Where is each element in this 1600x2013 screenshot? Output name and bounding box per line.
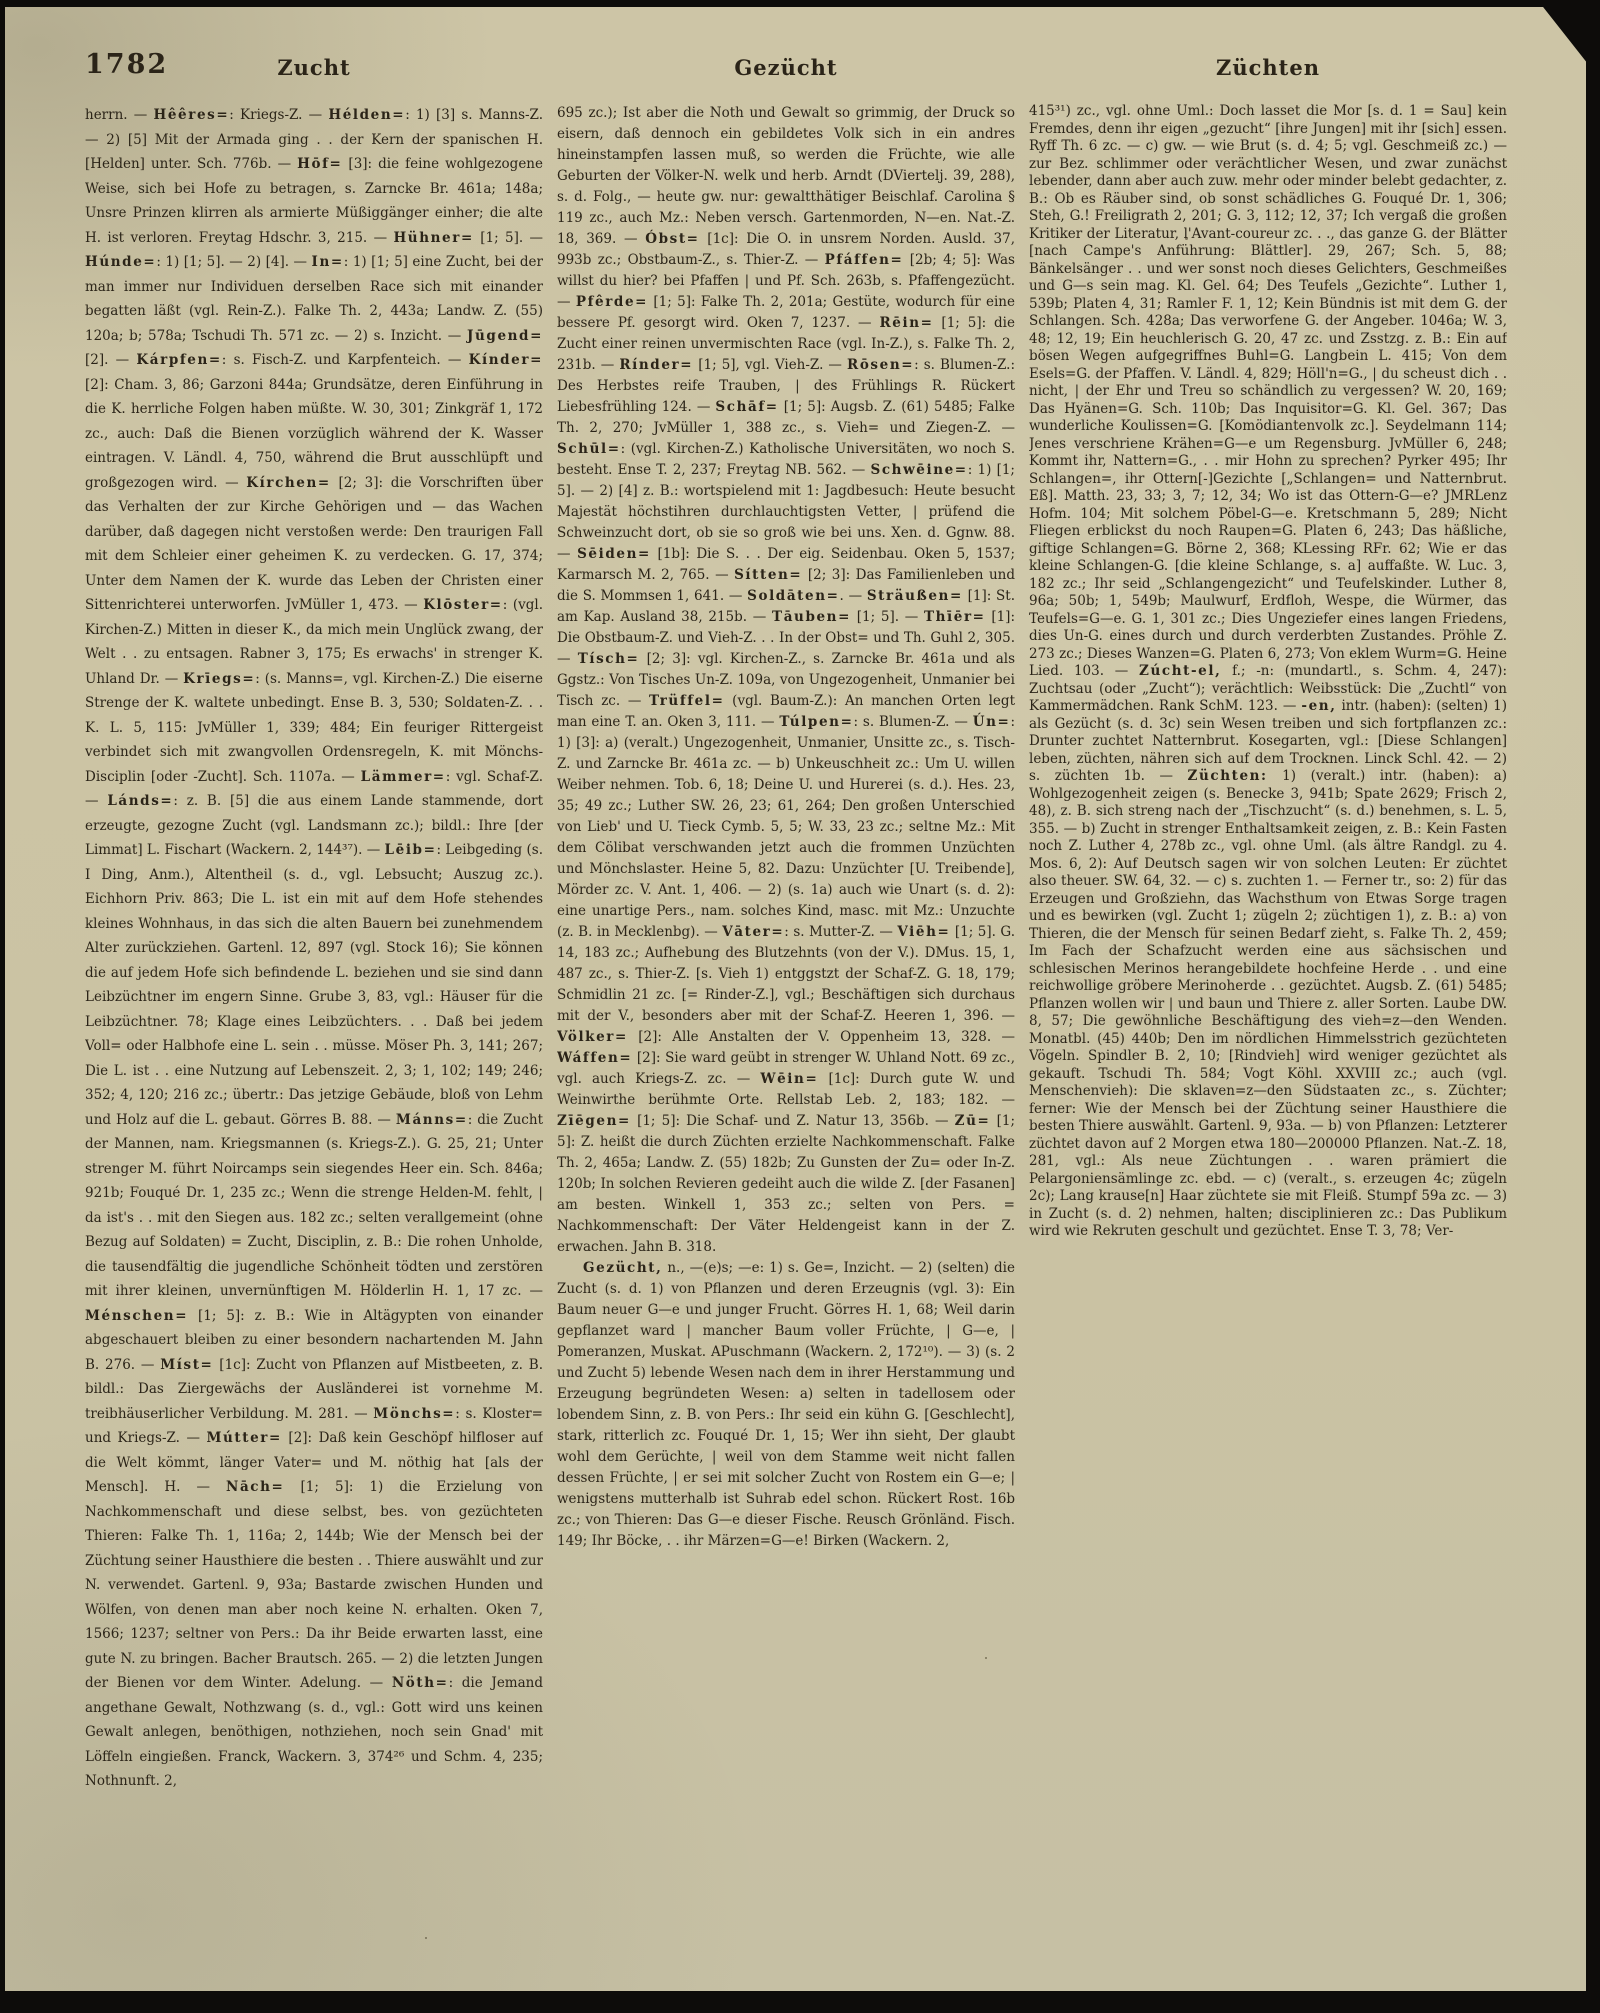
headword: Kírchen=	[246, 475, 331, 491]
headword: Sträußen=	[867, 588, 963, 604]
column-paragraph: herrn. — Hêêres=: Kriegs-Z. — Hélden=: 1…	[85, 103, 543, 1794]
headword: Klōster=	[423, 597, 503, 613]
headword: Wēin=	[760, 1071, 818, 1087]
text-columns: herrn. — Hêêres=: Kriegs-Z. — Hélden=: 1…	[85, 103, 1511, 1891]
scan-corner-artifact	[1528, 7, 1586, 69]
running-head-keyword-center: Gezücht	[557, 55, 1015, 80]
headword: Óbst=	[645, 231, 699, 247]
column-paragraph: 415³¹) zc., vgl. ohne Uml.: Doch lasset …	[1029, 103, 1507, 1241]
headword: Ménschen=	[85, 1308, 188, 1324]
headword: Pfáffen=	[825, 252, 904, 268]
headword: Pfêrde=	[576, 294, 648, 310]
headword: Kínder=	[469, 352, 543, 368]
text-column-1: herrn. — Hêêres=: Kriegs-Z. — Hélden=: 1…	[85, 103, 543, 1891]
paper-speck	[985, 1657, 987, 1659]
headword: Túlpen=	[779, 714, 853, 730]
headword: Hêêres=	[154, 107, 230, 123]
headword: Ún=	[973, 714, 1011, 730]
text-column-3: 415³¹) zc., vgl. ohne Uml.: Doch lasset …	[1029, 103, 1507, 1891]
headword: Sítten=	[734, 567, 802, 583]
headword: Viēh=	[897, 924, 950, 940]
headword: Thīēr=	[924, 609, 986, 625]
headword: In=	[312, 254, 344, 270]
text-column-2: 695 zc.); Ist aber die Noth und Gewalt s…	[557, 103, 1015, 1891]
headword: -en,	[1301, 698, 1336, 714]
headword: Zū=	[955, 1113, 991, 1129]
column-paragraph: Gezücht, n., —(e)s; —e: 1) s. Ge=, Inzic…	[557, 1258, 1015, 1552]
headword: Völker=	[557, 1029, 628, 1045]
headword: Krīegs=	[183, 671, 255, 687]
dictionary-page-scan: 1782 Zucht Gezücht Züchten herrn. — Hêêr…	[5, 7, 1586, 1991]
headword: Rēin=	[879, 315, 933, 331]
headword: Jūgend=	[467, 328, 543, 344]
headword: Rōsen=	[847, 357, 914, 373]
headword: Nöth=	[392, 1675, 449, 1691]
paper-speck	[425, 1937, 427, 1939]
column-paragraph: 695 zc.); Ist aber die Noth und Gewalt s…	[557, 103, 1015, 1258]
headword: Lēib=	[385, 842, 437, 858]
headword: Zīēgen=	[557, 1113, 631, 1129]
headword: Mönchs=	[373, 1406, 455, 1422]
headword: Soldāten=	[747, 588, 839, 604]
running-head-keyword-left: Zucht	[85, 55, 543, 80]
headword: Hélden=	[328, 107, 405, 123]
headword: Zúcht-el,	[1139, 663, 1221, 679]
headword: Schūl=	[557, 441, 621, 457]
headword: Míst=	[160, 1357, 213, 1373]
headword: Schwēine=	[870, 462, 967, 478]
paper-speck	[1185, 237, 1188, 240]
headword: Lánds=	[107, 793, 173, 809]
headword: Tāuben=	[772, 609, 851, 625]
headword: Wáffen=	[557, 1050, 632, 1066]
headword: Schāf=	[715, 399, 778, 415]
headword: Kárpfen=	[136, 352, 221, 368]
running-head-keyword-right: Züchten	[1029, 55, 1507, 80]
headword: Hühner=	[393, 230, 473, 246]
headword: Mánns=	[396, 1112, 468, 1128]
headword: Mútter=	[206, 1430, 281, 1446]
headword: Rínder=	[619, 357, 693, 373]
headword: Nāch=	[226, 1479, 284, 1495]
headword: Sēiden=	[577, 546, 651, 562]
headword: Trüffel=	[649, 693, 724, 709]
headword: Tísch=	[578, 651, 640, 667]
headword: Gezücht,	[583, 1260, 662, 1276]
headword: Hōf=	[297, 156, 342, 172]
headword: Züchten:	[1188, 768, 1268, 784]
headword: Vāter=	[722, 924, 784, 940]
headword: Lämmer=	[361, 769, 446, 785]
headword: Húnde=	[85, 254, 156, 270]
